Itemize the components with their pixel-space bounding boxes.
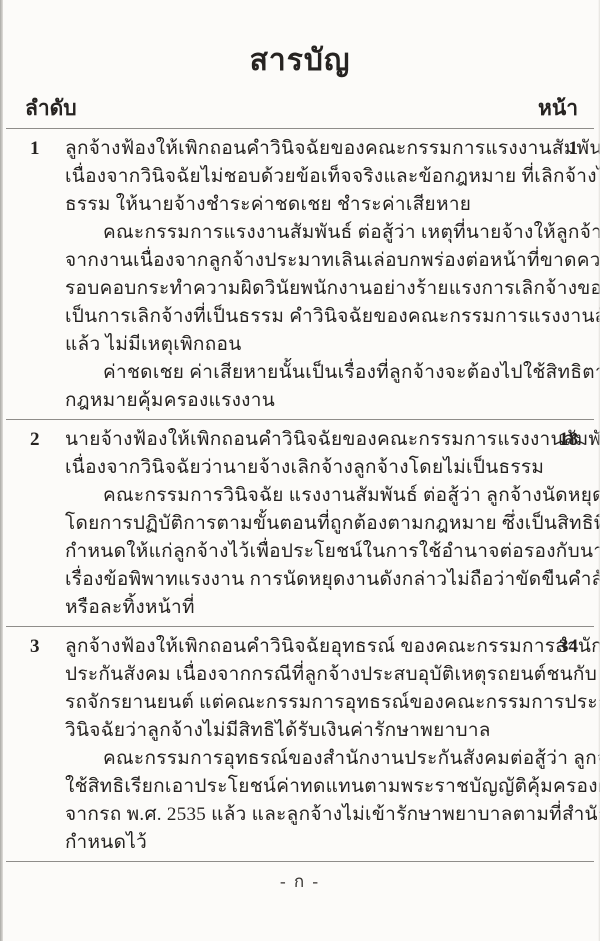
toc-list: 1 1 ลูกจ้างฟ้องให้เพิกถอนคำวินิจฉัยของคณ… [0,129,600,862]
item-text-line: แล้ว ไม่มีเหตุเพิกถอน [65,331,548,359]
item-paragraph: นายจ้างฟ้องให้เพิกถอนคำวินิจฉัยของคณะกรร… [65,426,548,482]
item-body: ลูกจ้างฟ้องให้เพิกถอนคำวินิจฉัยอุทธรณ์ ข… [65,633,548,857]
toc-item: 1 1 ลูกจ้างฟ้องให้เพิกถอนคำวินิจฉัยของคณ… [0,129,600,419]
item-text-line: ประกันสังคม เนื่องจากกรณีที่ลูกจ้างประสบ… [65,661,548,689]
toc-item: 3 34 ลูกจ้างฟ้องให้เพิกถอนคำวินิจฉัยอุทธ… [0,627,600,861]
item-text-line: ธรรม ให้นายจ้างชำระค่าชดเชย ชำระค่าเสียห… [65,191,548,219]
item-number: 2 [30,426,40,454]
column-header-number: ลำดับ [25,94,77,122]
item-divider [6,861,594,862]
item-paragraph: คณะกรรมการแรงงานสัมพันธ์ ต่อสู้ว่า เหตุท… [65,219,548,359]
item-paragraph: ลูกจ้างฟ้องให้เพิกถอนคำวินิจฉัยของคณะกรร… [65,135,548,219]
item-text-line: กำหนดให้แก่ลูกจ้างไว้เพื่อประโยชน์ในการใ… [65,538,548,566]
item-text-line: ใช้สิทธิเรียกเอาประโยชน์ค่าทดแทนตามพระรา… [65,773,548,801]
item-text-line: จากงานเนื่องจากลูกจ้างประมาทเลินเล่อบกพร… [65,247,548,275]
item-text-line: วินิจฉัยว่าลูกจ้างไม่มีสิทธิได้รับเงินค่… [65,717,548,745]
item-text-line: โดยการปฏิบัติการตามขั้นตอนที่ถูกต้องตามก… [65,510,548,538]
item-paragraph: ลูกจ้างฟ้องให้เพิกถอนคำวินิจฉัยอุทธรณ์ ข… [65,633,548,745]
item-text-line: เรื่องข้อพิพาทแรงงาน การนัดหยุดงานดังกล่… [65,566,548,594]
table-header-row: ลำดับ หน้า [0,94,600,122]
document-page: สารบัญ ลำดับ หน้า 1 1 ลูกจ้างฟ้องให้เพิก… [0,0,600,941]
column-header-page: หน้า [538,94,578,122]
item-text-line: คณะกรรมการอุทธรณ์ของสำนักงานประกันสังคมต… [65,745,548,773]
item-text-line: เนื่องจากวินิจฉัยว่านายจ้างเลิกจ้างลูกจ้… [65,454,548,482]
page-footer: - ก - [0,870,600,894]
item-paragraph: คณะกรรมการอุทธรณ์ของสำนักงานประกันสังคมต… [65,745,548,857]
item-page-number: 1 [569,135,579,163]
item-text-line: ลูกจ้างฟ้องให้เพิกถอนคำวินิจฉัยอุทธรณ์ ข… [65,633,548,661]
item-text-line: รถจักรยานยนต์ แต่คณะกรรมการอุทธรณ์ของคณะ… [65,689,548,717]
item-text-line: ลูกจ้างฟ้องให้เพิกถอนคำวินิจฉัยของคณะกรร… [65,135,548,163]
item-text-line: จากรถ พ.ศ. 2535 แล้ว และลูกจ้างไม่เข้ารั… [65,801,548,829]
item-text-line: หรือละทิ้งหน้าที่ [65,594,548,622]
item-text-line: คณะกรรมการวินิจฉัย แรงงานสัมพันธ์ ต่อสู้… [65,482,548,510]
item-text-line: ค่าชดเชย ค่าเสียหายนั้นเป็นเรื่องที่ลูกจ… [65,359,548,387]
item-page-number: 18 [559,426,578,454]
toc-item: 2 18 นายจ้างฟ้องให้เพิกถอนคำวินิจฉัยของค… [0,420,600,626]
item-paragraph: คณะกรรมการวินิจฉัย แรงงานสัมพันธ์ ต่อสู้… [65,482,548,622]
item-number: 1 [30,135,40,163]
page-title: สารบัญ [0,0,600,80]
item-body: นายจ้างฟ้องให้เพิกถอนคำวินิจฉัยของคณะกรร… [65,426,548,622]
item-paragraph: ค่าชดเชย ค่าเสียหายนั้นเป็นเรื่องที่ลูกจ… [65,359,548,415]
item-text-line: รอบคอบกระทำความผิดวินัยพนักงานอย่างร้ายแ… [65,275,548,303]
item-text-line: นายจ้างฟ้องให้เพิกถอนคำวินิจฉัยของคณะกรร… [65,426,548,454]
item-page-number: 34 [559,633,578,661]
item-body: ลูกจ้างฟ้องให้เพิกถอนคำวินิจฉัยของคณะกรร… [65,135,548,415]
item-text-line: เป็นการเลิกจ้างที่เป็นธรรม คำวินิจฉัยของ… [65,303,548,331]
item-number: 3 [30,633,40,661]
item-text-line: กฎหมายคุ้มครองแรงงาน [65,387,548,415]
item-text-line: กำหนดไว้ [65,829,548,857]
item-text-line: คณะกรรมการแรงงานสัมพันธ์ ต่อสู้ว่า เหตุท… [65,219,548,247]
item-text-line: เนื่องจากวินิจฉัยไม่ชอบด้วยข้อเท็จจริงแล… [65,163,548,191]
